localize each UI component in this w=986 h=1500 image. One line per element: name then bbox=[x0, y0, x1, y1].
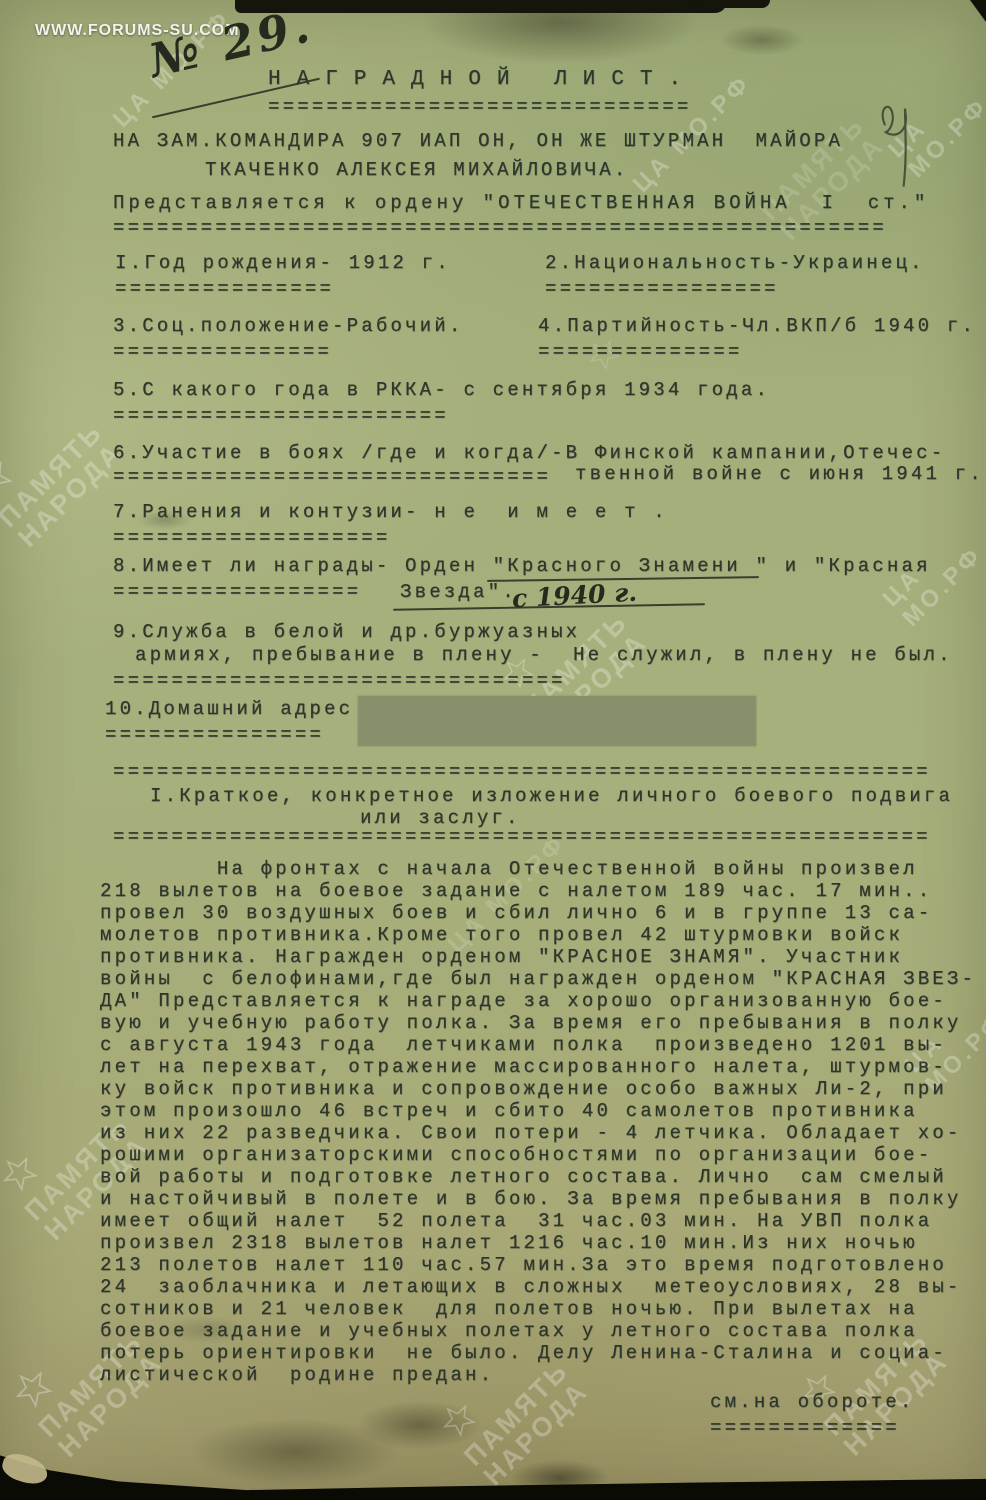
see-reverse-underline: ============= bbox=[710, 1418, 900, 1438]
field-combat-participation: 6.Участие в боях /где и когда/-В Финской… bbox=[113, 443, 945, 463]
star-icon bbox=[0, 1082, 113, 1201]
field-underline: ======================= bbox=[113, 406, 449, 426]
field-wounds: 7.Ранения и контузии- н е и м е е т . bbox=[113, 502, 668, 522]
section-heading-line-2: или заслуг. bbox=[360, 808, 521, 828]
field-underline: =================== bbox=[113, 528, 390, 548]
field-awards-cont: Звезда". bbox=[400, 582, 517, 602]
field-underline: =============== bbox=[115, 279, 334, 299]
redacted-address bbox=[358, 696, 756, 746]
section-heading-line-1: I.Краткое, конкретное изложение личного … bbox=[150, 786, 953, 806]
document-title: НАГРАДНОЙ ЛИСТ. bbox=[268, 70, 697, 90]
torn-bottom-edge bbox=[0, 1438, 986, 1500]
field-awards: 8.Имеет ли награды- Орден "Красного Знам… bbox=[113, 556, 931, 576]
field-nationality: 2.Национальность-Украинец. bbox=[545, 253, 925, 273]
subject-line-2: ТКАЧЕНКО АЛЕКСЕЯ МИХАЙЛОВИЧА. bbox=[205, 160, 628, 180]
feat-description: На фронтах с начала Отечественной войны … bbox=[100, 858, 976, 1386]
field-underline: ============== bbox=[538, 342, 742, 362]
watermark-text: ПАМЯТЬ bbox=[0, 417, 108, 532]
star-icon bbox=[0, 387, 87, 507]
section-separator: ========================================… bbox=[113, 827, 931, 847]
field-combat-participation-cont: твенной войне с июня 1941 г. bbox=[575, 464, 984, 484]
memory-narodda-watermark: ПАМЯТЬ НАРОДА bbox=[0, 387, 128, 552]
field-white-army-service-cont: армиях, пребывание в плену - Не служил, … bbox=[135, 645, 953, 665]
field-white-army-service: 9.Служба в белой и др.буржуазных bbox=[113, 622, 580, 642]
field-rkka-since: 5.С какого года в РККА- с сентября 1934 … bbox=[113, 380, 770, 400]
scanned-document-page: ПАМЯТЬ НАРОДА ПАМЯТЬ НАРОДА ПАМЯТЬ НАРОД… bbox=[0, 0, 986, 1500]
field-underline: ================= bbox=[113, 582, 361, 602]
handwritten-check-mark bbox=[868, 100, 926, 192]
watermark-text: НАРОДА bbox=[479, 1376, 594, 1491]
title-underline: ============================= bbox=[268, 97, 691, 117]
section-separator: ========================================… bbox=[113, 762, 931, 782]
field-underline: =============================== bbox=[113, 671, 566, 691]
field-underline: ============================== bbox=[113, 467, 551, 487]
field-underline: =============== bbox=[113, 342, 332, 362]
torn-top-edge bbox=[235, 0, 727, 13]
field-social-position: 3.Соц.положение-Рабочий. bbox=[113, 316, 463, 336]
see-reverse-note: см.на обороте. bbox=[710, 1392, 914, 1412]
torn-top-edge bbox=[690, 0, 770, 8]
presentation-line: Представляется к ордену "ОТЕЧЕСТВЕННАЯ В… bbox=[113, 193, 929, 213]
torn-corner bbox=[970, 0, 986, 22]
field-underline: =============== bbox=[105, 725, 324, 745]
subject-line-1: НА ЗАМ.КОМАНДИРА 907 ИАП ОН, ОН ЖЕ ШТУРМ… bbox=[113, 131, 843, 151]
field-home-address: 10.Домашний адрес - bbox=[105, 699, 382, 719]
watermark-text: НАРОДА bbox=[13, 437, 128, 552]
field-birth-year: I.Год рождения- 1912 г. bbox=[115, 253, 451, 273]
presentation-underline: ========================================… bbox=[113, 218, 887, 238]
field-party-membership: 4.Партийность-Чл.ВКП/б 1940 г. bbox=[538, 316, 976, 336]
field-underline: ================ bbox=[545, 279, 779, 299]
